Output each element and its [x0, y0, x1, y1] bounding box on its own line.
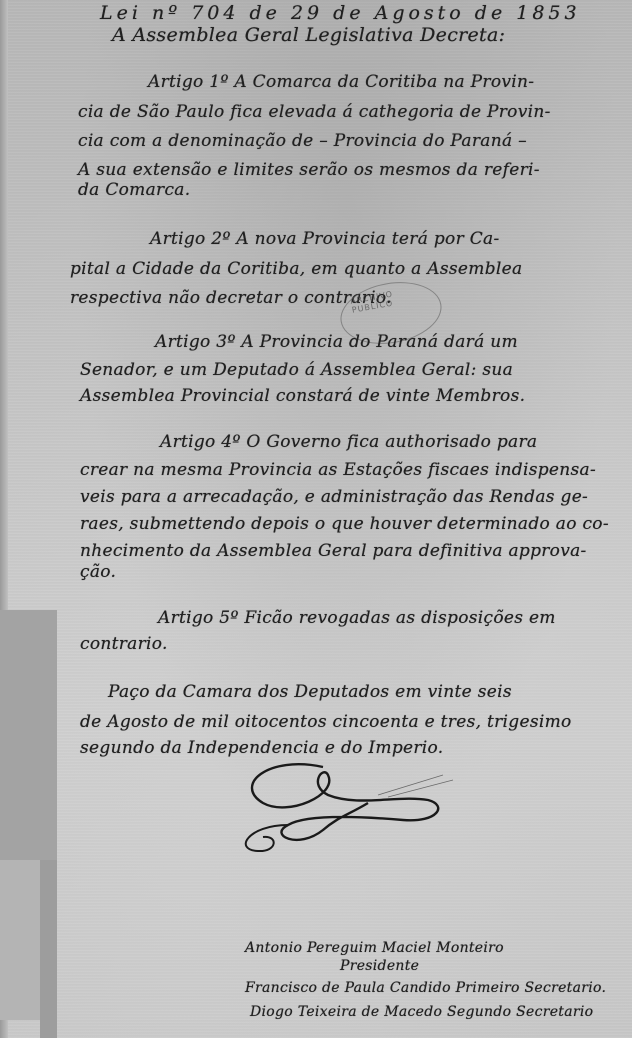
signatory-second-secretary: Diogo Teixeira de Macedo Segundo Secreta…: [250, 1004, 593, 1020]
binding-tab: [40, 860, 57, 1038]
article-1-line: Artigo 1º A Comarca da Coritiba na Provi…: [148, 72, 534, 92]
article-4-line: veis para a arrecadação, e administração…: [80, 487, 588, 507]
closing-line: de Agosto de mil oitocentos cincoenta e …: [80, 712, 572, 732]
article-2-line: Artigo 2º A nova Provincia terá por Ca-: [150, 229, 500, 249]
article-1-line: cia de São Paulo fica elevada á cathegor…: [78, 102, 551, 122]
article-2-line: pital a Cidade da Coritiba, em quanto a …: [70, 259, 522, 279]
article-4-line: crear na mesma Provincia as Estações fis…: [80, 460, 596, 480]
manuscript-page: Lei nº 704 de 29 de Agosto de 1853 A Ass…: [0, 0, 632, 1038]
closing-line: Paço da Camara dos Deputados em vinte se…: [108, 682, 512, 702]
article-4-line: nhecimento da Assemblea Geral para defin…: [80, 541, 587, 561]
law-header: Lei nº 704 de 29 de Agosto de 1853: [100, 2, 581, 24]
signatory-president-title: Presidente: [340, 958, 419, 974]
archive-stamp-text: ARCHIVO PUBLICO: [350, 282, 440, 315]
article-3-line: Senador, e um Deputado á Assemblea Geral…: [80, 360, 513, 380]
binding-tab: [0, 610, 57, 860]
article-2-line: respectiva não decretar o contrario.: [70, 288, 392, 308]
article-1-line: cia com a denominação de – Provincia do …: [78, 131, 527, 151]
article-3-line: Artigo 3º A Provincia do Paraná dará um: [155, 332, 518, 352]
article-5-line: Artigo 5º Ficão revogadas as disposições…: [158, 608, 556, 628]
article-4-line: Artigo 4º O Governo fica authorisado par…: [160, 432, 537, 452]
article-4-line: ção.: [80, 562, 116, 582]
enacting-clause: A Assemblea Geral Legislativa Decreta:: [112, 24, 505, 46]
signatory-president-name: Antonio Pereguim Maciel Monteiro: [245, 940, 504, 956]
signature-flourish-icon: [228, 755, 458, 855]
article-1-line: A sua extensão e limites serão os mesmos…: [78, 160, 540, 180]
article-3-line: Assemblea Provincial constará de vinte M…: [80, 386, 525, 406]
signatory-first-secretary: Francisco de Paula Candido Primeiro Secr…: [245, 980, 606, 996]
article-4-line: raes, submettendo depois o que houver de…: [80, 514, 609, 534]
article-5-line: contrario.: [80, 634, 168, 654]
binding-tab: [0, 860, 40, 1020]
article-1-line: da Comarca.: [78, 180, 190, 200]
